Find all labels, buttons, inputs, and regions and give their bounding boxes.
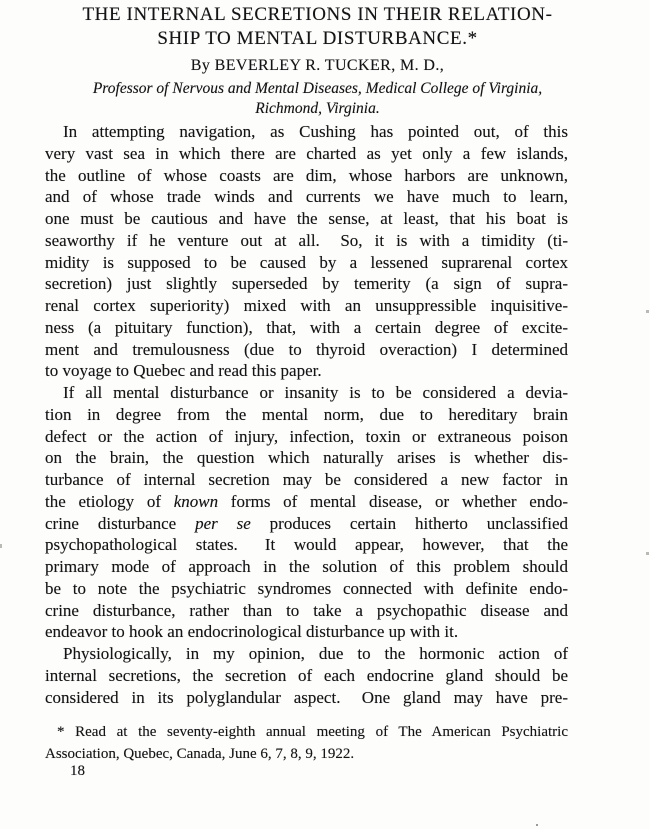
scan-artifact bbox=[646, 552, 649, 555]
text-line: In attempting navigation, as Cushing has… bbox=[45, 121, 568, 143]
text-line: Physiologically, in my opinion, due to t… bbox=[45, 643, 568, 665]
scanned-paper-page: THE INTERNAL SECRETIONS IN THEIR RELATIO… bbox=[0, 0, 650, 829]
text-line: Association, Quebec, Canada, June 6, 7, … bbox=[45, 744, 568, 766]
paragraph-3: Physiologically, in my opinion, due to t… bbox=[45, 643, 568, 708]
text-line: be to note the psychiatric syndromes con… bbox=[45, 578, 568, 600]
text-line: psychopathological states. It would appe… bbox=[45, 534, 568, 556]
text-line: tion in degree from the mental norm, due… bbox=[45, 404, 568, 426]
author-affiliation: Professor of Nervous and Mental Diseases… bbox=[45, 79, 590, 119]
text-line: endeavor to hook an endocrinological dis… bbox=[45, 621, 568, 643]
article-title-line-2: SHIP TO MENTAL DISTURBANCE.* bbox=[45, 27, 590, 51]
article-body: In attempting navigation, as Cushing has… bbox=[45, 121, 568, 708]
text-line: very vast sea in which there are charted… bbox=[45, 143, 568, 165]
text-line: If all mental disturbance or insanity is… bbox=[45, 382, 568, 404]
text-line: the etiology of known forms of mental di… bbox=[45, 491, 568, 513]
text-line: defect or the action of injury, infectio… bbox=[45, 426, 568, 448]
article-title-line-1: THE INTERNAL SECRETIONS IN THEIR RELATIO… bbox=[45, 3, 590, 27]
text-line: crine disturbance, rather than to take a… bbox=[45, 600, 568, 622]
text-line: turbance of internal secretion may be co… bbox=[45, 469, 568, 491]
text-line: considered in its polyglandular aspect. … bbox=[45, 687, 568, 709]
text-line: secretion) just slightly superseded by t… bbox=[45, 273, 568, 295]
text-line: internal secretions, the secretion of ea… bbox=[45, 665, 568, 687]
affiliation-line-2: Richmond, Virginia. bbox=[45, 99, 590, 119]
scan-artifact bbox=[646, 310, 649, 313]
text-line: primary mode of approach in the solution… bbox=[45, 556, 568, 578]
text-line: * Read at the seventy-eighth annual meet… bbox=[45, 722, 568, 744]
scan-artifact bbox=[536, 824, 538, 826]
text-line: crine disturbance per se produces certai… bbox=[45, 513, 568, 535]
text-line: the outline of whose coasts are dim, who… bbox=[45, 165, 568, 187]
text-line: and of whose trade winds and currents we… bbox=[45, 186, 568, 208]
text-line: seaworthy if he venture out at all. So, … bbox=[45, 230, 568, 252]
text-line: on the brain, the question which natural… bbox=[45, 447, 568, 469]
author-byline: By BEVERLEY R. TUCKER, M. D., bbox=[45, 56, 590, 76]
paragraph-1: In attempting navigation, as Cushing has… bbox=[45, 121, 568, 382]
text-line: to voyage to Quebec and read this paper. bbox=[45, 360, 568, 382]
affiliation-line-1: Professor of Nervous and Mental Diseases… bbox=[45, 79, 590, 99]
text-line: renal cortex superiority) mixed with an … bbox=[45, 295, 568, 317]
footnote: * Read at the seventy-eighth annual meet… bbox=[45, 722, 568, 765]
paragraph-2: If all mental disturbance or insanity is… bbox=[45, 382, 568, 643]
article-header: THE INTERNAL SECRETIONS IN THEIR RELATIO… bbox=[45, 3, 590, 119]
page-number: 18 bbox=[70, 763, 85, 780]
text-line: one must be cautious and have the sense,… bbox=[45, 208, 568, 230]
text-line: ment and tremulousness (due to thyroid o… bbox=[45, 339, 568, 361]
text-line: ness (a pituitary function), that, with … bbox=[45, 317, 568, 339]
scan-artifact bbox=[0, 544, 2, 548]
text-line: midity is supposed to be caused by a les… bbox=[45, 252, 568, 274]
